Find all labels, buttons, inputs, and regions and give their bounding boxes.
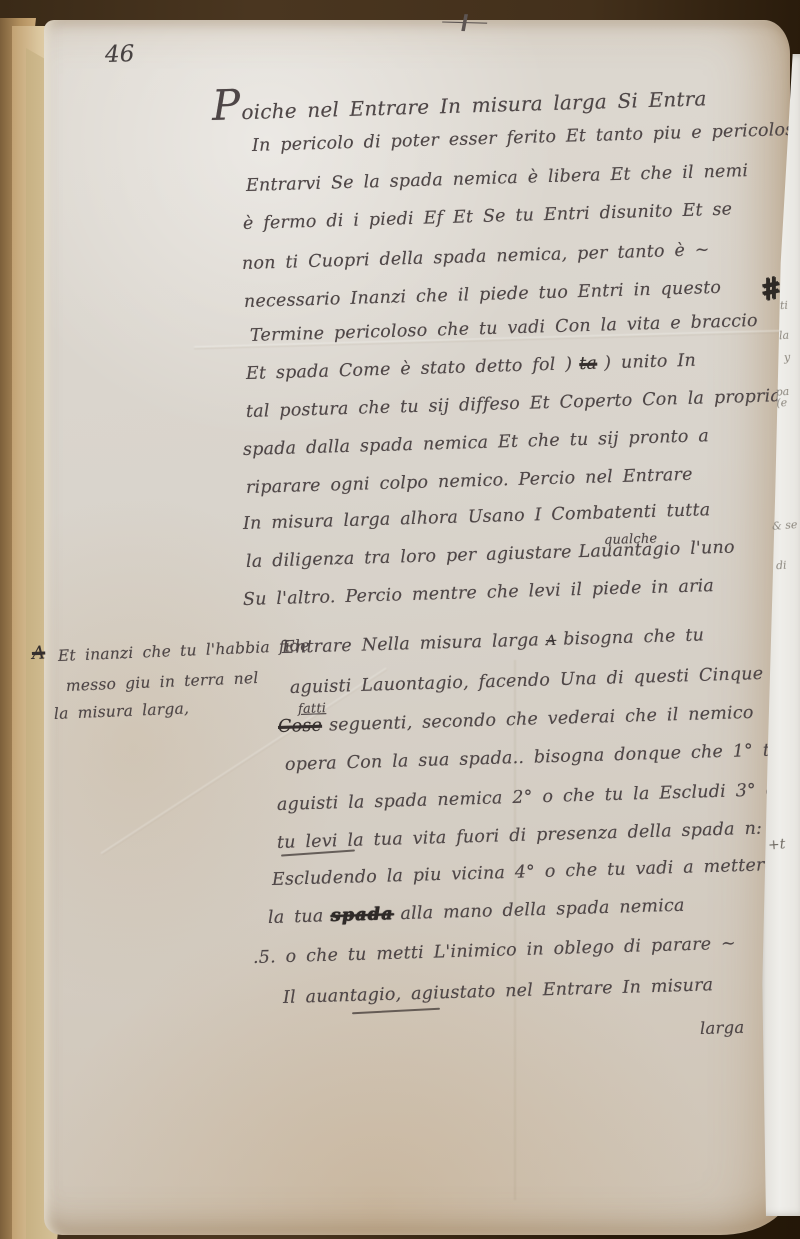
collation-cross-mark: +: [432, 9, 497, 38]
manuscript-line: la tuaspadaalla mano della spada nemica: [268, 896, 685, 928]
manuscript-line: Entrare Nella misura largaAbisogna che t…: [282, 625, 705, 658]
manuscript-line: aguisti Lauontagio, facendo Una di quest…: [290, 664, 764, 698]
line-text: ) unito In: [604, 351, 696, 374]
catchword: larga: [700, 1019, 745, 1039]
manuscript-page: 46 Poiche nel Entrare In misura larga Si…: [44, 20, 790, 1235]
manuscript-line: tu levi la tua vita fuori di presenza de…: [277, 819, 763, 854]
paper-crease: [514, 660, 516, 1200]
manuscript-line: Et spada Come è stato detto fol )ta) uni…: [246, 351, 697, 384]
manuscript-line: la diligenza tra loro per agiustareLauan…: [246, 538, 735, 573]
manuscript-line: Termine pericoloso che tu vadi Con la vi…: [250, 311, 758, 346]
manuscript-line: non ti Cuopri della spada nemica, per ta…: [242, 240, 710, 274]
line-text: Entrare Nella misura larga: [282, 630, 540, 658]
manuscript-line: necessario Inanzi che il piede tuo Entri…: [244, 278, 722, 312]
manuscript-line: Su l'altro. Percio mentre che levi il pi…: [243, 576, 715, 610]
manuscript-line: Coseseguenti, secondo che vederai che il…: [278, 703, 754, 737]
next-page-text-fragment: & se: [772, 519, 798, 532]
next-page-text-fragment: y: [784, 352, 791, 363]
next-page-text-fragment: ti: [780, 300, 789, 312]
line-text: seguenti, secondo che vederai che il nem…: [329, 703, 754, 736]
manuscript-line: spada dalla spada nemica Et che tu sij p…: [243, 426, 710, 460]
line-text: la diligenza tra loro per agiustare: [246, 542, 572, 572]
line-text: Lauantagio l'uno: [578, 538, 735, 563]
manuscript-photo: 46 Poiche nel Entrare In misura larga Si…: [0, 0, 800, 1239]
manuscript-line: opera Con la sua spada.. bisogna donque …: [285, 740, 782, 775]
page-number: 46: [105, 41, 136, 68]
strikethrough-word: ta: [579, 354, 597, 375]
insertion-caret: A: [546, 633, 557, 649]
strikethrough-word: Cose: [278, 716, 323, 737]
line-text: bisogna che tu: [563, 625, 704, 649]
margin-note-mark: A: [32, 643, 46, 664]
next-page-text-fragment: di: [776, 560, 787, 572]
manuscript-line: Escludendo la piu vicina 4° o che tu vad…: [272, 855, 776, 890]
manuscript-line: In misura larga alhora Usano I Combatent…: [243, 500, 711, 534]
manuscript-line: .5. o che tu metti L'inimico in oblego d…: [253, 934, 736, 968]
line-text: alla mano della spada nemica: [400, 896, 685, 924]
next-page-text-fragment: pa (e: [775, 385, 800, 409]
overwritten-word: spada: [330, 904, 394, 926]
manuscript-line: Poiche nel Entrare In misura larga Si En…: [211, 67, 707, 130]
manuscript-line: Entrarvi Se la spada nemica è libera Et …: [246, 161, 749, 196]
manuscript-line: Il auantagio, agiustato nel Entrare In m…: [283, 975, 714, 1008]
manuscript-line: è fermo di i piedi Ef Et Se tu Entri dis…: [243, 199, 733, 234]
next-page-text-fragment: la: [779, 330, 790, 342]
manuscript-line: tal postura che tu sij diffeso Et Copert…: [246, 386, 782, 422]
line-text: Et spada Come è stato detto fol ): [246, 354, 573, 384]
next-page-text-fragment: +t: [768, 837, 786, 852]
manuscript-line: riparare ogni colpo nemico. Percio nel E…: [246, 465, 693, 498]
line-text: la tua: [268, 906, 324, 928]
manuscript-line: aguisti la spada nemica 2° o che tu la E…: [277, 779, 800, 815]
